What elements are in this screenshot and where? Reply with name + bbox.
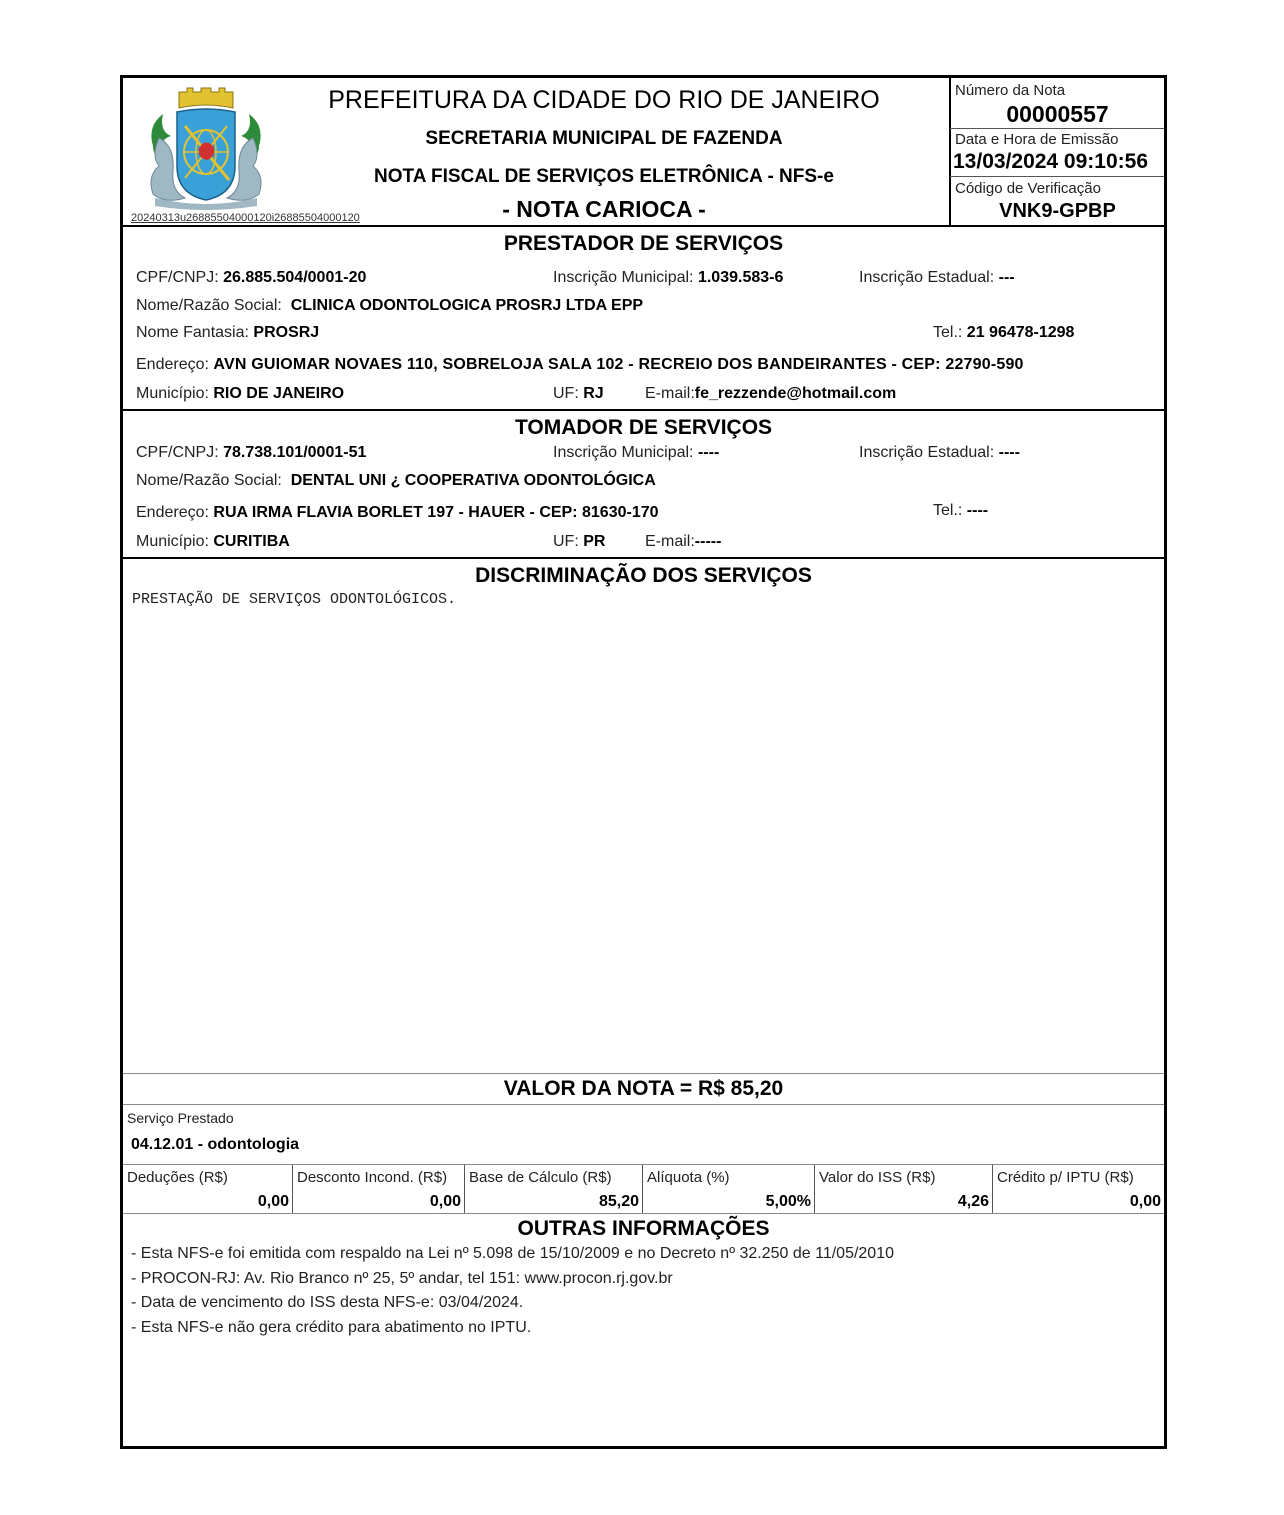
tomador-inscricao-municipal: ---- xyxy=(698,444,719,461)
tomador-municipio: CURITIBA xyxy=(213,533,289,550)
tomador-telefone: ---- xyxy=(967,502,988,519)
prestador-endereco: AVN GUIOMAR NOVAES 110, SOBRELOJA SALA 1… xyxy=(213,356,1023,373)
prestador-title: PRESTADOR DE SERVIÇOS xyxy=(123,232,1164,256)
numero-nota: 00000557 xyxy=(951,101,1164,128)
outras-info-line: - Esta NFS-e foi emitida com respaldo na… xyxy=(131,1245,894,1263)
emissao-datetime: 13/03/2024 09:10:56 xyxy=(953,150,1148,174)
totais-desconto-incondicionado: Desconto Incond. (R$) 0,00 xyxy=(293,1165,465,1213)
tomador-email: ----- xyxy=(695,533,722,550)
nfse-document: 20240313u26885504000120i26885504000120 P… xyxy=(120,75,1167,1449)
valor-nota: VALOR DA NOTA = R$ 85,20 xyxy=(123,1077,1164,1101)
outras-info-line: - PROCON-RJ: Av. Rio Branco nº 25, 5º an… xyxy=(131,1270,673,1288)
prestador-razao-social: CLINICA ODONTOLOGICA PROSRJ LTDA EPP xyxy=(291,297,643,314)
outras-info-line: - Esta NFS-e não gera crédito para abati… xyxy=(131,1319,531,1337)
servico-prestado: 04.12.01 - odontologia xyxy=(131,1136,299,1154)
prestador-cnpj-row: CPF/CNPJ: 26.885.504/0001-20 xyxy=(136,269,366,287)
codigo-verificacao-label: Código de Verificação xyxy=(955,180,1101,197)
tomador-razao-social: DENTAL UNI ¿ COOPERATIVA ODONTOLÓGICA xyxy=(291,472,656,489)
tomador-endereco: RUA IRMA FLAVIA BORLET 197 - HAUER - CEP… xyxy=(213,504,658,521)
prestador-cnpj: 26.885.504/0001-20 xyxy=(223,269,366,286)
tomador-uf: PR xyxy=(583,533,605,550)
prestador-telefone: 21 96478-1298 xyxy=(967,324,1075,341)
header-subtitle: SECRETARIA MUNICIPAL DE FAZENDA xyxy=(313,128,895,150)
codigo-verificacao: VNK9-GPBP xyxy=(951,200,1164,223)
outras-info-line: - Data de vencimento do ISS desta NFS-e:… xyxy=(131,1294,523,1312)
header-nota-carioca: - NOTA CARIOCA - xyxy=(313,196,895,223)
outras-informacoes-title: OUTRAS INFORMAÇÕES xyxy=(123,1217,1164,1241)
tomador-cnpj: 78.738.101/0001-51 xyxy=(223,444,366,461)
discriminacao-text: PRESTAÇÃO DE SERVIÇOS ODONTOLÓGICOS. xyxy=(132,591,456,608)
prestador-inscricao-municipal: 1.039.583-6 xyxy=(698,269,783,286)
header-title: PREFEITURA DA CIDADE DO RIO DE JANEIRO xyxy=(313,86,895,115)
numero-nota-label: Número da Nota xyxy=(955,82,1065,99)
header-doc-type: NOTA FISCAL DE SERVIÇOS ELETRÔNICA - NFS… xyxy=(313,166,895,188)
totais-base-calculo: Base de Cálculo (R$) 85,20 xyxy=(465,1165,643,1213)
servico-prestado-label: Serviço Prestado xyxy=(127,1110,234,1126)
prestador-nome-fantasia: PROSRJ xyxy=(253,324,319,341)
prestador-email: fe_rezzende@hotmail.com xyxy=(695,385,896,402)
tomador-inscricao-estadual: ---- xyxy=(999,444,1020,461)
totais-deducoes: Deduções (R$) 0,00 xyxy=(123,1165,293,1213)
city-coat-of-arms-icon xyxy=(145,86,267,211)
emissao-label: Data e Hora de Emissão xyxy=(955,131,1118,148)
discriminacao-title: DISCRIMINAÇÃO DOS SERVIÇOS xyxy=(123,564,1164,588)
totais-valor-iss: Valor do ISS (R$) 4,26 xyxy=(815,1165,993,1213)
prestador-inscricao-estadual: --- xyxy=(999,269,1015,286)
prestador-uf: RJ xyxy=(583,385,603,402)
totais-aliquota: Alíquota (%) 5,00% xyxy=(643,1165,815,1213)
tomador-title: TOMADOR DE SERVIÇOS xyxy=(123,416,1164,440)
totais-credito-iptu: Crédito p/ IPTU (R$) 0,00 xyxy=(993,1165,1164,1213)
prestador-municipio: RIO DE JANEIRO xyxy=(213,385,344,402)
